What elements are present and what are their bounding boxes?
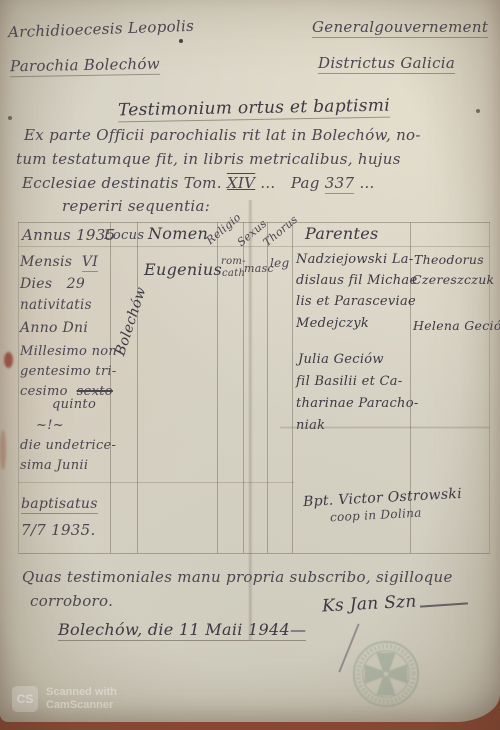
intro-line-1: Ex parte Officii parochialis rit lat in … <box>24 126 421 144</box>
intro-line-3: Ecclesiae destinatis Tom. XIV … Pag 337 … <box>22 174 375 192</box>
closing-line-1: Quas testimoniales manu propria subscrib… <box>22 568 453 586</box>
father-line-1: Nadziejowski La- <box>296 252 414 267</box>
watermark-line-2: CamScanner <box>46 699 117 712</box>
horizontal-fold-crease <box>280 426 490 429</box>
date-separator-mark: ~!~ <box>36 418 64 433</box>
header-generalgouvernement: Generalgouvernement <box>312 18 488 36</box>
patrini-line-1: Theodorus <box>414 252 484 267</box>
date-line-quinto: quinto <box>52 397 96 412</box>
intro-dots-2: … <box>359 174 374 192</box>
header-parish: Parochia Bolechów <box>10 55 160 76</box>
intro-tom-value: XIV <box>227 174 255 192</box>
mother-line-3: tharinae Paracho- <box>296 396 419 411</box>
header-district-text: Districtus Galicia <box>318 54 455 74</box>
date-day-value: 29 <box>67 276 85 292</box>
date-line-die: die undetrice- <box>20 438 116 453</box>
religio-value-2: cath <box>222 268 245 279</box>
header-district: Districtus Galicia <box>318 54 455 72</box>
table-border-left <box>18 222 19 553</box>
nomen-value: Eugenius <box>144 260 222 279</box>
ink-speck-1 <box>179 39 183 43</box>
stamp-cross-icon <box>365 653 408 696</box>
intro-dots-1: … <box>260 174 275 192</box>
dateline-text: Bolechów, die 11 Maii 1944— <box>58 620 306 641</box>
col-header-parentes: Parentes <box>305 224 379 243</box>
patrini-line-2: Czereszczuk <box>412 272 494 287</box>
header-generalgouvernement-text: Generalgouvernement <box>312 18 488 38</box>
watermark-line-1: Scanned with <box>46 686 117 699</box>
scanned-document-photo: Archidioecesis Leopolis Parochia Bolechó… <box>0 0 500 730</box>
intro-tom-label: Ecclesiae destinatis Tom. <box>22 174 222 192</box>
intro-line-4: reperiri sequentia: <box>62 197 210 215</box>
date-month: Mensis VI <box>20 254 98 270</box>
parish-seal-stamp <box>350 638 422 710</box>
date-line-junii: sima Junii <box>20 458 88 473</box>
table-border-bottom <box>18 553 490 554</box>
father-line-4: Medejczyk <box>296 316 369 331</box>
date-line-nativitatis: nativitatis <box>20 297 92 313</box>
father-line-2: dislaus fil Michae <box>296 273 417 288</box>
baptism-label-text: baptisatus <box>21 496 98 514</box>
document-title: Testimonium ortus et baptismi <box>118 96 390 121</box>
date-line-gentesimo: gentesimo tri- <box>20 364 117 379</box>
dateline: Bolechów, die 11 Maii 1944— <box>58 620 306 639</box>
religio-value-1: rom- <box>221 256 246 267</box>
camscanner-logo-icon: CS <box>12 686 38 712</box>
thorus-value: leg <box>270 256 290 270</box>
baptism-date: 7/7 1935. <box>21 521 96 539</box>
table-col-line-6 <box>292 222 293 553</box>
date-line-anno: Anno Dni <box>20 320 88 336</box>
father-line-3: lis et Parasceviae <box>296 294 416 309</box>
header-parish-text: Parochia Bolechów <box>10 55 160 78</box>
col-header-locus: Locus <box>104 228 144 243</box>
col-header-nomen: Nomen <box>148 224 208 243</box>
ink-speck-3 <box>476 109 480 113</box>
ink-speck-2 <box>8 116 12 120</box>
date-line-millesimo: Millesimo non- <box>20 344 122 359</box>
camscanner-watermark: CS Scanned with CamScanner <box>12 686 117 712</box>
baptism-label: baptisatus <box>21 496 98 512</box>
intro-pag-value: 337 <box>325 174 355 194</box>
table-header-rule <box>18 246 490 247</box>
date-month-value: VI <box>82 254 98 272</box>
mother-line-1: Julia Geciów <box>298 352 384 367</box>
col-header-annus: Annus 1935 <box>22 226 115 244</box>
edge-stain <box>0 430 6 470</box>
patrini-line-3: Helena Geciów <box>413 318 500 333</box>
closing-line-2: corroboro. <box>30 592 113 610</box>
date-day-label: Dies <box>20 276 52 292</box>
date-month-label: Mensis <box>20 254 72 270</box>
red-stain <box>4 352 13 368</box>
mother-line-2: fil Basilii et Ca- <box>296 374 403 389</box>
intro-pag-label: Pag <box>291 174 320 192</box>
intro-line-2: tum testatumque fit, in libris metricali… <box>16 150 401 168</box>
vertical-fold-crease <box>248 200 253 640</box>
date-day: Dies 29 <box>20 276 85 292</box>
watermark-text: Scanned with CamScanner <box>46 686 117 712</box>
